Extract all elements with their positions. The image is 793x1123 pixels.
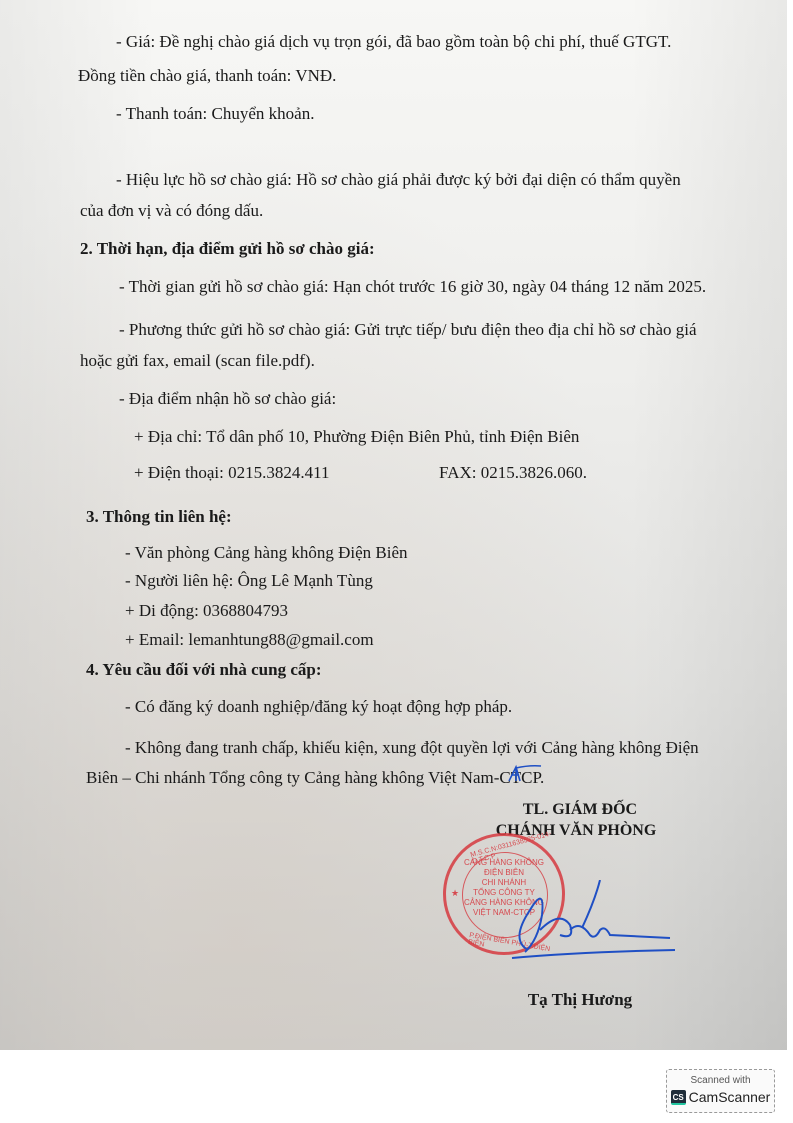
office-line: - Văn phòng Cảng hàng không Điện Biên bbox=[125, 543, 408, 563]
phone-line: + Điện thoại: 0215.3824.411 bbox=[134, 463, 329, 483]
validity-line-1: - Hiệu lực hồ sơ chào giá: Hồ sơ chào gi… bbox=[116, 170, 681, 190]
requirement-2-line-1: - Không đang tranh chấp, khiếu kiện, xun… bbox=[125, 738, 699, 758]
signatory-name: Tạ Thị Hương bbox=[480, 990, 680, 1010]
section-3-heading: 3. Thông tin liên hệ: bbox=[86, 507, 232, 527]
camscanner-watermark: Scanned with CS CamScanner bbox=[666, 1069, 775, 1113]
handwritten-signature-icon bbox=[500, 880, 680, 960]
mobile-line: + Di động: 0368804793 bbox=[125, 601, 288, 621]
deadline-line: - Thời gian gửi hồ sơ chào giá: Hạn chót… bbox=[119, 277, 706, 297]
price-line-2: Đồng tiền chào giá, thanh toán: VNĐ. bbox=[78, 66, 336, 86]
validity-line-2: của đơn vị và có đóng dấu. bbox=[80, 201, 263, 221]
method-line-2: hoặc gửi fax, email (scan file.pdf). bbox=[80, 351, 315, 371]
section-4-heading: 4. Yêu cầu đối với nhà cung cấp: bbox=[86, 660, 322, 680]
scanned-document-page: - Giá: Đề nghị chào giá dịch vụ trọn gói… bbox=[0, 0, 787, 1050]
fax-line: FAX: 0215.3826.060. bbox=[439, 463, 587, 483]
signature-title-1: TL. GIÁM ĐỐC bbox=[480, 800, 680, 820]
price-line-1: - Giá: Đề nghị chào giá dịch vụ trọn gói… bbox=[116, 32, 671, 52]
requirement-1: - Có đăng ký doanh nghiệp/đăng ký hoạt đ… bbox=[125, 697, 512, 717]
email-line: + Email: lemanhtung88@gmail.com bbox=[125, 630, 374, 650]
scanned-with-label: Scanned with bbox=[667, 1075, 774, 1087]
contact-person-line: - Người liên hệ: Ông Lê Mạnh Tùng bbox=[125, 571, 373, 591]
section-2-heading: 2. Thời hạn, địa điểm gửi hồ sơ chào giá… bbox=[80, 239, 375, 259]
initials-mark-icon bbox=[505, 764, 545, 784]
requirement-2-line-2: Biên – Chi nhánh Tổng công ty Cảng hàng … bbox=[86, 768, 544, 788]
payment-line: - Thanh toán: Chuyển khoản. bbox=[116, 104, 314, 124]
camscanner-logo-icon: CS bbox=[671, 1090, 686, 1105]
address-line: + Địa chỉ: Tổ dân phố 10, Phường Điện Bi… bbox=[134, 427, 579, 447]
location-label: - Địa điểm nhận hồ sơ chào giá: bbox=[119, 389, 336, 409]
method-line-1: - Phương thức gửi hồ sơ chào giá: Gửi tr… bbox=[119, 320, 697, 340]
camscanner-brand: CamScanner bbox=[689, 1089, 771, 1105]
